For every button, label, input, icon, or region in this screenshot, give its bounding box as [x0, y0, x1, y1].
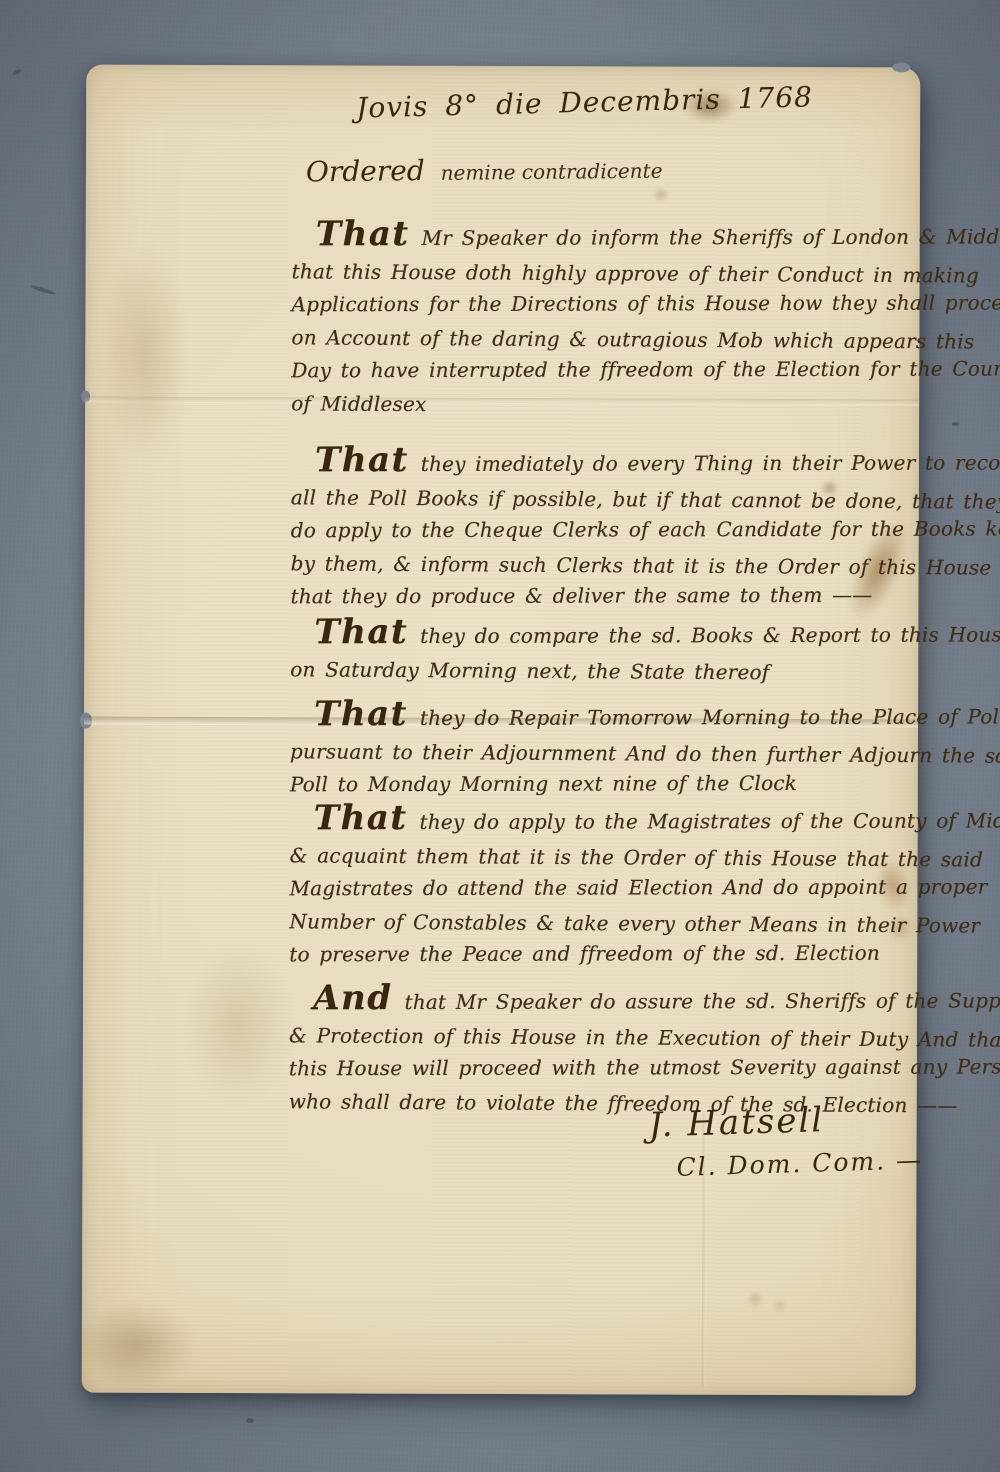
- manuscript-line: who shall dare to violate the ffreedom o…: [289, 1085, 957, 1122]
- manuscript-line: Applications for the Directions of this …: [291, 287, 959, 322]
- order-paragraph-5: Thatthey do apply to the Magistrates of …: [289, 797, 958, 973]
- paragraph-lead-word: That: [315, 440, 409, 480]
- manuscript-line: Thatthey imediately do every Thing in th…: [291, 438, 959, 482]
- manuscript-line: do apply to the Cheque Clerks of each Ca…: [291, 513, 959, 548]
- manuscript-line: Magistrates do attend the said Election …: [289, 871, 957, 906]
- ordered-line: Orderednemine contradicente: [306, 152, 663, 189]
- manuscript-line: on Saturday Morning next, the State ther…: [290, 653, 958, 690]
- background-speck: [30, 284, 56, 296]
- order-paragraph-4: Thatthey do Repair Tomorrow Morning to t…: [290, 693, 958, 803]
- manuscript-line: of Middlesex: [291, 387, 959, 424]
- manuscript-line: Day to have interrupted the ffreedom of …: [291, 353, 959, 388]
- paragraph-lead-word: That: [314, 694, 408, 734]
- manuscript-line: Thatthey do apply to the Magistrates of …: [290, 796, 958, 840]
- paragraph-lead-word: That: [314, 798, 408, 838]
- order-paragraph-3: Thatthey do compare the sd. Books & Repo…: [290, 611, 958, 688]
- manuscript-line: that they do produce & deliver the same …: [290, 579, 958, 614]
- date-heading: Jovis 8° die Decembris 1768: [356, 80, 813, 124]
- manuscript-line: this House will proceed with the utmost …: [289, 1051, 957, 1086]
- manuscript-line-text: Mr Speaker do inform the Sheriffs of Lon…: [421, 224, 1000, 250]
- manuscript-line: to preserve the Peace and ffreedom of th…: [289, 937, 957, 972]
- manuscript-line: Thatthey do compare the sd. Books & Repo…: [290, 610, 958, 654]
- manuscript-line-text: they imediately do every Thing in their …: [421, 450, 1000, 476]
- manuscript-line: Thatthey do Repair Tomorrow Morning to t…: [290, 692, 958, 736]
- manuscript-line-text: they do Repair Tomorrow Morning to the P…: [420, 704, 1000, 730]
- ordered-word: Ordered: [306, 154, 425, 188]
- signature-name: J. Hatsell: [648, 1100, 825, 1145]
- order-paragraph-2: Thatthey imediately do every Thing in th…: [290, 439, 959, 615]
- signature-office: Cl. Dom. Com. —: [676, 1145, 923, 1182]
- manuscript-line-text: they do apply to the Magistrates of the …: [419, 808, 1000, 834]
- paragraph-lead-word: And: [313, 978, 392, 1018]
- paragraph-lead-word: That: [316, 214, 410, 254]
- manuscript-line: ThatMr Speaker do inform the Sheriffs of…: [292, 212, 960, 256]
- order-paragraph-1: ThatMr Speaker do inform the Sheriffs of…: [291, 213, 960, 422]
- manuscript-line-text: that Mr Speaker do assure the sd. Sherif…: [404, 988, 1000, 1014]
- background-speck: [12, 68, 23, 76]
- manuscript-text: Jovis 8° die Decembris 1768 Orderednemin…: [82, 65, 921, 1396]
- ordered-phrase: nemine contradicente: [441, 159, 663, 185]
- manuscript-paper: Jovis 8° die Decembris 1768 Orderednemin…: [82, 65, 921, 1396]
- manuscript-line: Andthat Mr Speaker do assure the sd. She…: [289, 976, 957, 1020]
- manuscript-line-text: they do compare the sd. Books & Report t…: [420, 622, 1000, 648]
- background-speck: [246, 1418, 254, 1423]
- order-paragraph-6: Andthat Mr Speaker do assure the sd. She…: [289, 977, 957, 1120]
- paragraph-lead-word: That: [314, 612, 408, 652]
